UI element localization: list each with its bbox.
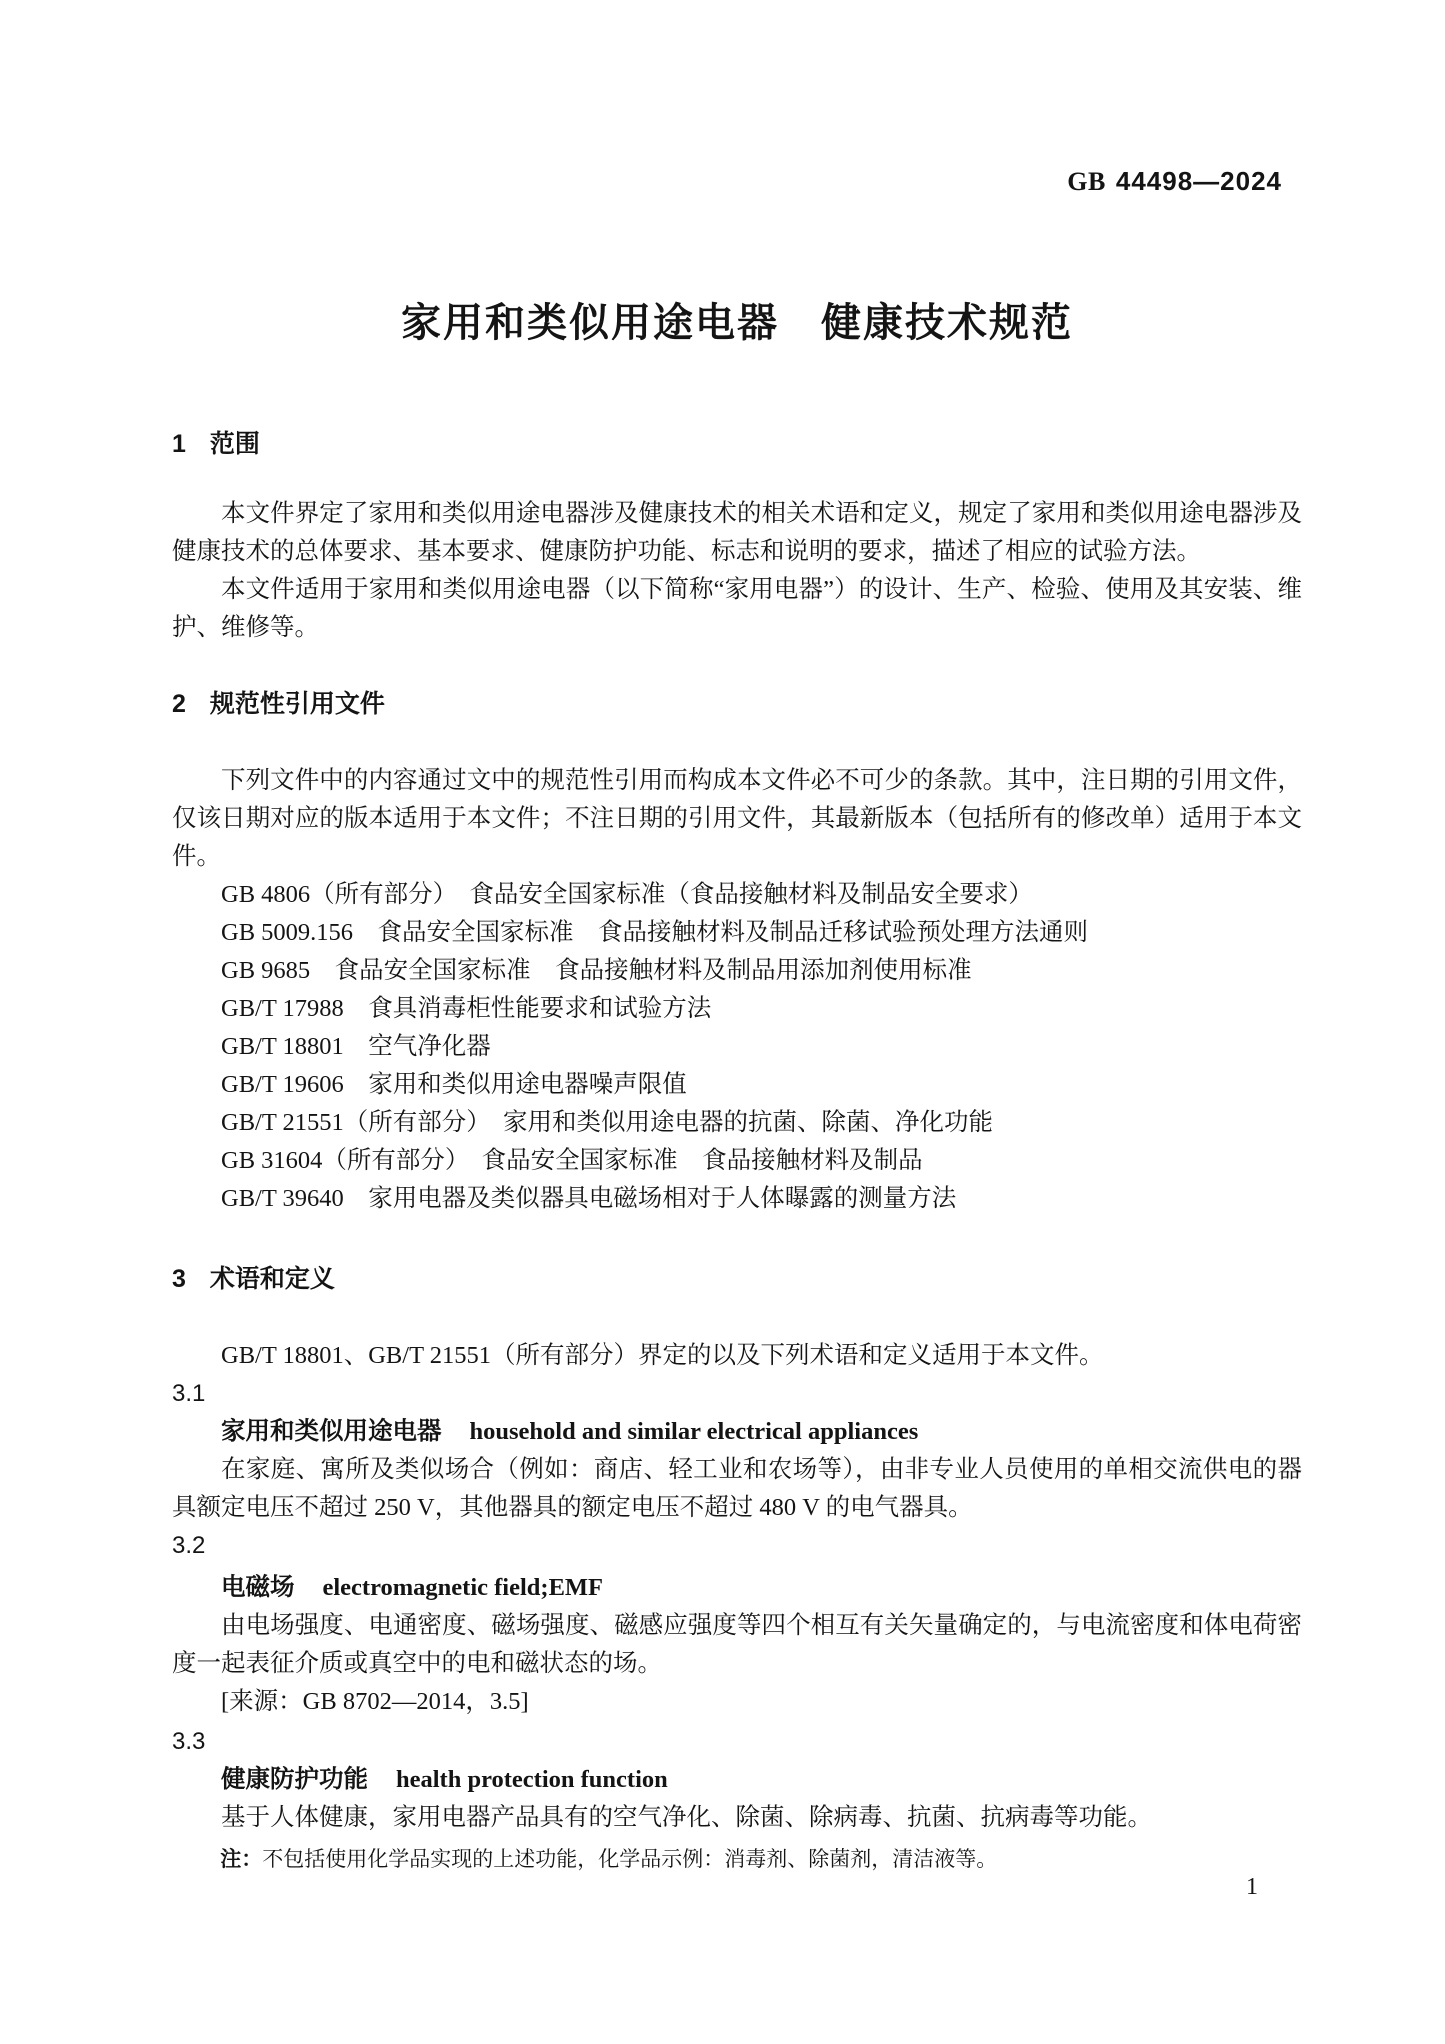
note-label: 注： — [220, 1848, 262, 1871]
section-1-heading: 1范围 — [172, 425, 1302, 463]
term-3-3-title: 健康防护功能health protection function — [172, 1761, 1302, 1799]
section-3-label: 术语和定义 — [210, 1265, 335, 1293]
reference-item: GB/T 18801 空气净化器 — [172, 1028, 1302, 1066]
normative-references-list: GB 4806（所有部分） 食品安全国家标准（食品接触材料及制品安全要求） GB… — [172, 876, 1302, 1218]
term-3-1-definition: 在家庭、寓所及类似场合（例如：商店、轻工业和农场等），由非专业人员使用的单相交流… — [172, 1451, 1302, 1527]
page-number: 1 — [1246, 1872, 1258, 1902]
term-3-3-number: 3.3 — [172, 1723, 1302, 1761]
normative-references-intro: 下列文件中的内容通过文中的规范性引用而构成本文件必不可少的条款。其中，注日期的引… — [172, 762, 1302, 876]
term-3-2-definition: 由电场强度、电通密度、磁场强度、磁感应强度等四个相互有关矢量确定的，与电流密度和… — [172, 1607, 1302, 1683]
term-3-2-chinese: 电磁场 — [221, 1574, 295, 1601]
section-1-number: 1 — [172, 430, 186, 458]
document-title: 家用和类似用途电器 健康技术规范 — [172, 299, 1302, 347]
term-3-1-title: 家用和类似用途电器household and similar electrica… — [172, 1413, 1302, 1451]
term-3-3-definition: 基于人体健康，家用电器产品具有的空气净化、除菌、除病毒、抗菌、抗病毒等功能。 — [172, 1799, 1302, 1837]
term-3-3-chinese: 健康防护功能 — [221, 1766, 368, 1793]
term-3-1-number: 3.1 — [172, 1375, 1302, 1413]
term-3-2-number: 3.2 — [172, 1527, 1302, 1565]
section-3-heading: 3术语和定义 — [172, 1260, 1302, 1298]
standard-number-prefix: GB — [1067, 167, 1106, 196]
term-3-1-chinese: 家用和类似用途电器 — [221, 1418, 442, 1445]
section-2-heading: 2规范性引用文件 — [172, 685, 1302, 723]
section-2-label: 规范性引用文件 — [210, 690, 385, 718]
reference-item: GB 31604（所有部分） 食品安全国家标准 食品接触材料及制品 — [172, 1142, 1302, 1180]
term-3-2-title: 电磁场electromagnetic field;EMF — [172, 1569, 1302, 1607]
term-3-2-english: electromagnetic field;EMF — [323, 1574, 604, 1601]
standard-document-page: GB44498—2024 家用和类似用途电器 健康技术规范 1范围 本文件界定了… — [0, 0, 1445, 2044]
reference-item: GB 4806（所有部分） 食品安全国家标准（食品接触材料及制品安全要求） — [172, 876, 1302, 914]
term-3-1-english: household and similar electrical applian… — [470, 1418, 919, 1445]
reference-item: GB 9685 食品安全国家标准 食品接触材料及制品用添加剂使用标准 — [172, 952, 1302, 990]
section-3-number: 3 — [172, 1265, 186, 1293]
scope-paragraph-2: 本文件适用于家用和类似用途电器（以下简称“家用电器”）的设计、生产、检验、使用及… — [172, 571, 1302, 647]
standard-number: GB44498—2024 — [172, 0, 1282, 197]
reference-item: GB/T 19606 家用和类似用途电器噪声限值 — [172, 1066, 1302, 1104]
reference-item: GB/T 21551（所有部分） 家用和类似用途电器的抗菌、除菌、净化功能 — [172, 1104, 1302, 1142]
term-3-3-english: health protection function — [396, 1766, 668, 1793]
section-1-label: 范围 — [210, 430, 260, 458]
note-text: 不包括使用化学品实现的上述功能，化学品示例：消毒剂、除菌剂，清洁液等。 — [262, 1847, 997, 1871]
scope-paragraph-1: 本文件界定了家用和类似用途电器涉及健康技术的相关术语和定义，规定了家用和类似用途… — [172, 495, 1302, 571]
standard-number-digits: 44498—2024 — [1116, 166, 1282, 196]
reference-item: GB 5009.156 食品安全国家标准 食品接触材料及制品迁移试验预处理方法通… — [172, 914, 1302, 952]
reference-item: GB/T 39640 家用电器及类似器具电磁场相对于人体曝露的测量方法 — [172, 1180, 1302, 1218]
reference-item: GB/T 17988 食具消毒柜性能要求和试验方法 — [172, 990, 1302, 1028]
term-3-3-note: 注：不包括使用化学品实现的上述功能，化学品示例：消毒剂、除菌剂，清洁液等。 — [172, 1843, 1302, 1876]
terms-intro-paragraph: GB/T 18801、GB/T 21551（所有部分）界定的以及下列术语和定义适… — [172, 1337, 1302, 1375]
term-3-2-source: [来源：GB 8702—2014，3.5] — [172, 1683, 1302, 1721]
section-2-number: 2 — [172, 690, 186, 718]
